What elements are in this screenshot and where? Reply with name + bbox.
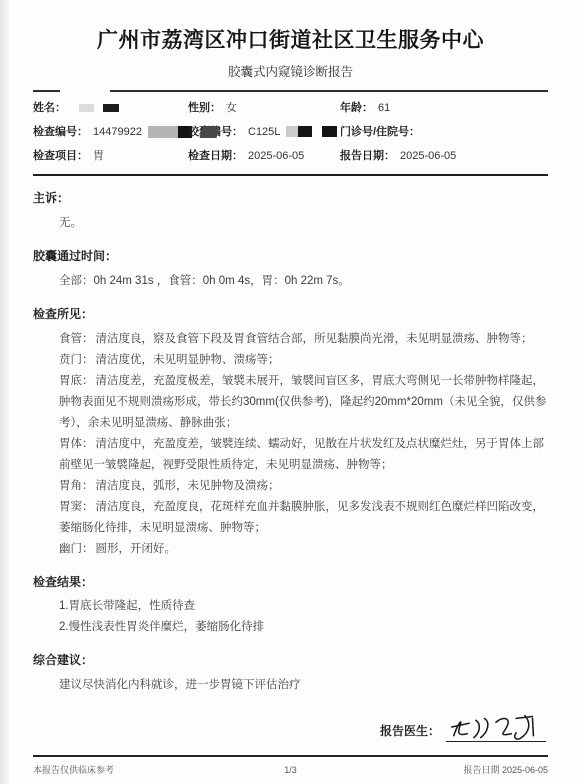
chief-complaint-heading: 主诉： — [33, 189, 548, 206]
transit-time-heading: 胶囊通过时间： — [33, 247, 548, 264]
field-label: 年龄： — [340, 102, 373, 114]
rule-segment — [110, 90, 548, 92]
result-item: 2.慢性浅表性胃炎伴糜烂，萎缩肠化待排 — [59, 617, 548, 638]
organization-title: 广州市荔湾区冲口街道社区卫生服务中心 — [33, 24, 548, 54]
field-label: 检查项目： — [33, 150, 88, 162]
report-header: 广州市荔湾区冲口街道社区卫生服务中心 胶囊式内窥镜诊断报告 — [33, 24, 548, 80]
patient-info-table: 姓名： 性别：女 年龄：61 检查编号：14479922 胶囊编号：C125L … — [33, 92, 548, 174]
finding-body: 胃体：清洁度中，充盈度差，皱襞连续、蠕动好，见散在片状发红及点状糜烂灶，另于胃体… — [59, 434, 548, 476]
field-label: 报告日期： — [340, 150, 395, 162]
footer-report-date: 报告日期 2025-06-05 — [463, 763, 548, 776]
field-label: 检查编号： — [33, 126, 88, 138]
report-page: 广州市荔湾区冲口街道社区卫生服务中心 胶囊式内窥镜诊断报告 姓名： 性别：女 年… — [0, 0, 582, 784]
page-footer: 本报告仅供临床参考 1/3 报告日期 2025-06-05 — [33, 763, 548, 776]
results-list: 1.胃底长带隆起，性质待查 2.慢性浅表性胃炎伴糜烂，萎缩肠化待排 — [33, 596, 548, 638]
redaction-block — [79, 104, 94, 112]
report-doctor-label: 报告医生： — [380, 722, 440, 742]
section-divider-rule — [33, 174, 548, 177]
finding-esophagus: 食管：清洁度良，察及食管下段及胃食管结合部，所见黏膜尚光滑，未见明显溃疡、肿物等… — [59, 329, 548, 350]
redaction-block — [286, 126, 298, 137]
finding-pylorus: 幽门：圆形，开闭好。 — [59, 539, 548, 560]
field-report-date: 报告日期：2025-06-05 — [340, 144, 548, 168]
finding-antrum: 胃窦：清洁度良，充盈度良，花斑样充血并黏膜肿胀，见多发浅表不规则红色糜烂样凹陷改… — [59, 497, 548, 539]
field-label: 检查日期： — [188, 150, 243, 162]
chief-complaint-body: 无。 — [59, 213, 548, 234]
field-gender: 性别：女 — [188, 96, 340, 120]
rule-segment — [33, 90, 60, 92]
redaction-block — [148, 126, 178, 138]
redaction-block — [298, 126, 312, 137]
transit-time-body: 全部：0h 24m 31s ，食管：0h 0m 4s，胃：0h 22m 7s。 — [59, 271, 548, 292]
footer-rule — [33, 755, 548, 757]
findings-list: 食管：清洁度良，察及食管下段及胃食管结合部，所见黏膜尚光滑，未见明显溃疡、肿物等… — [33, 329, 548, 560]
signature-icon — [448, 712, 544, 744]
report-doctor-row: 报告医生： — [380, 712, 546, 742]
field-exam-item: 检查项目：胃 — [33, 144, 188, 168]
footer-disclaimer: 本报告仅供临床参考 — [33, 763, 114, 776]
field-exam-no: 检查编号：14479922 — [33, 120, 188, 144]
finding-angle: 胃角：清洁度良，弧形，未见肿物及溃疡； — [59, 476, 548, 497]
suggestion-heading: 综合建议： — [33, 651, 548, 668]
scan-edge-band — [0, 0, 9, 784]
field-label: 性别： — [188, 102, 221, 114]
table-top-rule — [33, 90, 548, 92]
field-age: 年龄：61 — [340, 96, 548, 120]
finding-fundus: 胃底：清洁度差，充盈度极差，皱襞未展开，皱襞间盲区多，胃底大弯侧见一长带肿物样隆… — [59, 371, 548, 434]
report-title: 胶囊式内窥镜诊断报告 — [33, 62, 548, 80]
suggestion-body: 建议尽快消化内科就诊，进一步胃镜下评估治疗 — [59, 675, 548, 696]
finding-cardia: 贲门：清洁度优，未见明显肿物、溃疡等； — [59, 350, 548, 371]
doctor-signature — [446, 712, 546, 742]
results-heading: 检查结果： — [33, 573, 548, 590]
field-label: 姓名： — [33, 102, 66, 114]
redaction-block — [322, 126, 337, 137]
field-exam-date: 检查日期：2025-06-05 — [188, 144, 340, 168]
findings-heading: 检查所见： — [33, 305, 548, 322]
redaction-block — [103, 104, 119, 112]
field-clinic-no: 门诊号/住院号： — [340, 120, 548, 144]
redaction-block — [199, 126, 219, 138]
field-label: 门诊号/住院号： — [340, 126, 420, 138]
result-item: 1.胃底长带隆起，性质待查 — [59, 596, 548, 617]
field-name: 姓名： — [33, 96, 188, 120]
